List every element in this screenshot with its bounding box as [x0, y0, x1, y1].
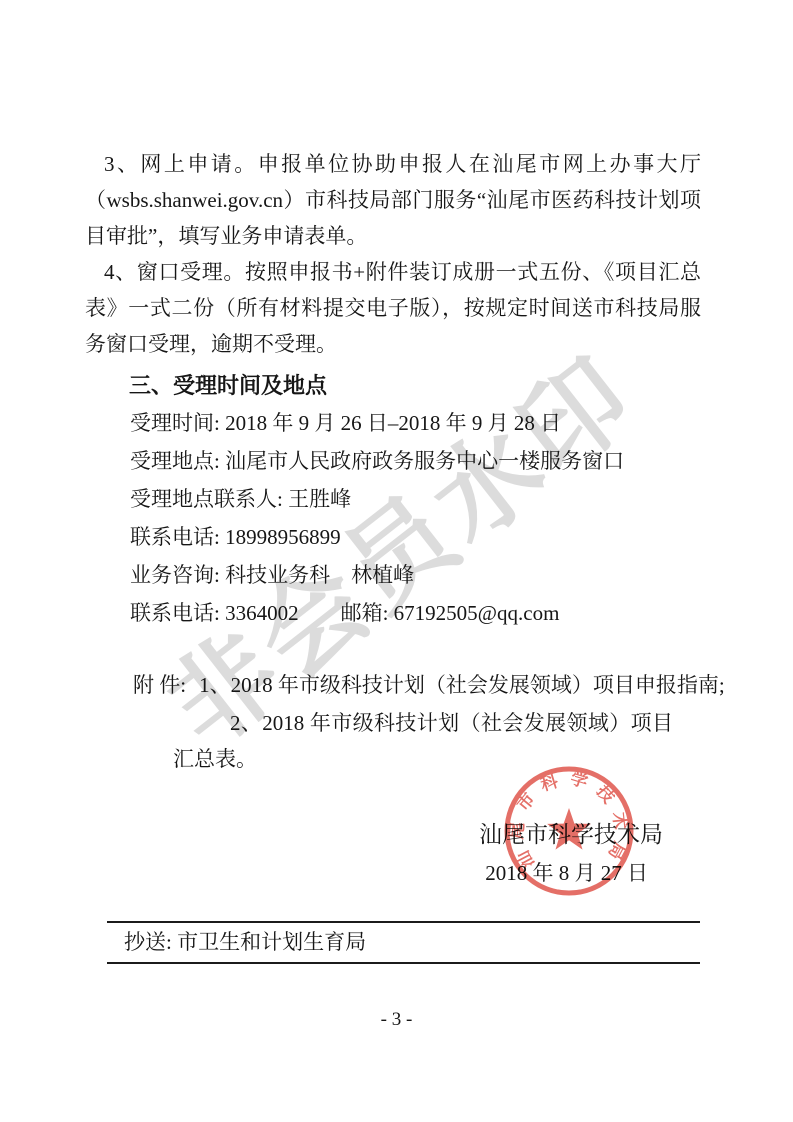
paragraph-online-application: 3、网上申请。申报单位协助申报人在汕尾市网上办事大厅（wsbs.shanwei.…	[85, 146, 701, 254]
attachment-item-1: 1、2018 年市级科技计划（社会发展领域）项目申报指南;	[199, 673, 725, 697]
attachments-label: 附 件:	[133, 673, 186, 697]
body-paragraphs: 3、网上申请。申报单位协助申报人在汕尾市网上办事大厅（wsbs.shanwei.…	[85, 146, 701, 362]
paragraph-window-acceptance: 4、窗口受理。按照申报书+附件装订成册一式五份、《项目汇总表》一式二份（所有材料…	[85, 254, 701, 362]
info-line-acceptance-time: 受理时间: 2018 年 9 月 26 日–2018 年 9 月 28 日	[130, 404, 700, 442]
document-content: 3、网上申请。申报单位协助申报人在汕尾市网上办事大厅（wsbs.shanwei.…	[0, 0, 793, 1122]
info-line-phone-1: 联系电话: 18998956899	[130, 518, 700, 556]
info-line-business-consult: 业务咨询: 科技业务科 林植峰	[130, 556, 700, 594]
official-seal: 汕尾市科学技术局	[494, 756, 644, 906]
footer-cc-box: 抄送: 市卫生和计划生育局	[107, 921, 700, 964]
star-icon	[547, 808, 591, 850]
document-page: 非会员水印 3、网上申请。申报单位协助申报人在汕尾市网上办事大厅（wsbs.sh…	[0, 0, 793, 1122]
info-line-phone-2-email: 联系电话: 3364002 邮箱: 67192505@qq.com	[130, 594, 700, 632]
attachments-row: 附 件:1、2018 年市级科技计划（社会发展领域）项目申报指南;	[133, 669, 703, 701]
section-heading-acceptance: 三、受理时间及地点	[129, 371, 327, 401]
footer-cc-text: 抄送: 市卫生和计划生育局	[107, 923, 700, 962]
page-number: - 3 -	[0, 1008, 793, 1032]
info-line-place-contact: 受理地点联系人: 王胜峰	[130, 480, 700, 518]
info-line-acceptance-place: 受理地点: 汕尾市人民政府政务服务中心一楼服务窗口	[130, 442, 700, 480]
acceptance-info-block: 受理时间: 2018 年 9 月 26 日–2018 年 9 月 28 日 受理…	[130, 404, 700, 632]
